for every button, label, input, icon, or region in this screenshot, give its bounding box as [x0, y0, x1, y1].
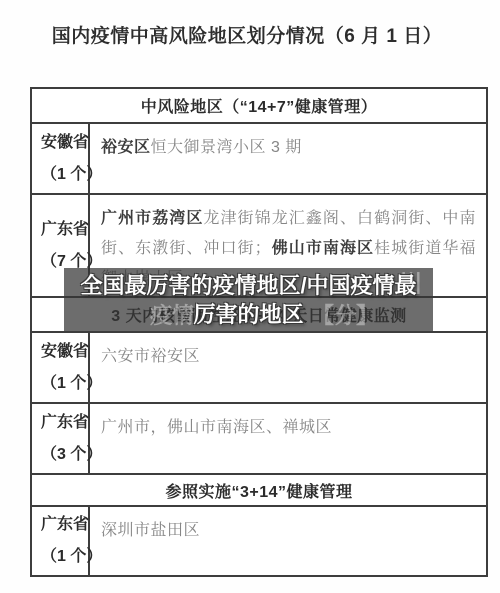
province-name: 安徽省: [41, 134, 88, 152]
caption-line-2: 厉害的地区: [193, 300, 303, 329]
caption-line-1: 全国最厉害的疫情地区/中国疫情最: [80, 271, 416, 300]
region-text: 深圳市盐田区: [101, 522, 200, 539]
province-name: 广东省: [41, 414, 88, 432]
caption-ghost-text-left: 疫情: [150, 299, 194, 330]
region-cell: 深圳市盐田区: [90, 507, 486, 575]
region-text: 佛山市南海区: [271, 240, 374, 257]
table-row: 安徽省 （1 个） 六安市裕安区: [32, 331, 486, 402]
province-cell: 广东省 （3 个）: [32, 404, 90, 473]
province-cell: 安徽省 （1 个）: [32, 333, 90, 402]
section-header-3-14: 参照实施“3+14”健康管理: [32, 473, 486, 505]
page-title: 国内疫情中高风险地区划分情况（6 月 1 日）: [0, 21, 494, 48]
province-count: （1 个）: [41, 375, 88, 393]
province-name: 安徽省: [41, 343, 88, 361]
region-cell: 广州市，佛山市南海区、禅城区: [90, 404, 486, 473]
province-cell: 广东省 （1 个）: [32, 507, 90, 575]
region-cell: 六安市裕安区: [90, 333, 486, 402]
risk-area-table: 中风险地区（“14+7”健康管理） 安徽省 （1 个） 裕安区恒大御景湾小区 3…: [30, 87, 488, 577]
table-row: 广东省 （3 个） 广州市，佛山市南海区、禅城区: [32, 402, 486, 473]
section-header-medium-risk: 中风险地区（“14+7”健康管理）: [32, 89, 486, 122]
region-text: 广州市，佛山市南海区、禅城区: [101, 419, 332, 436]
region-cell: 裕安区恒大御景湾小区 3 期: [90, 124, 486, 193]
province-name: 广东省: [41, 516, 88, 534]
province-name: 广东省: [41, 221, 88, 239]
province-count: （1 个）: [41, 548, 88, 566]
region-text: 六安市裕安区: [101, 348, 200, 365]
province-cell: 安徽省 （1 个）: [32, 124, 90, 193]
caption-overlay: ||| 疫情 【分】 全国最厉害的疫情地区/中国疫情最 厉害的地区: [64, 268, 433, 331]
region-text: 广州市荔湾区: [101, 210, 203, 227]
caption-ghost-text-right: 【分】: [312, 299, 378, 330]
province-count: （1 个）: [41, 166, 88, 184]
region-text: 裕安区: [101, 139, 151, 156]
table-row: 安徽省 （1 个） 裕安区恒大御景湾小区 3 期: [32, 122, 486, 193]
table-row: 广东省 （1 个） 深圳市盐田区: [32, 505, 486, 575]
province-count: （3 个）: [41, 446, 88, 464]
region-text: 恒大御景湾小区 3 期: [151, 139, 302, 156]
